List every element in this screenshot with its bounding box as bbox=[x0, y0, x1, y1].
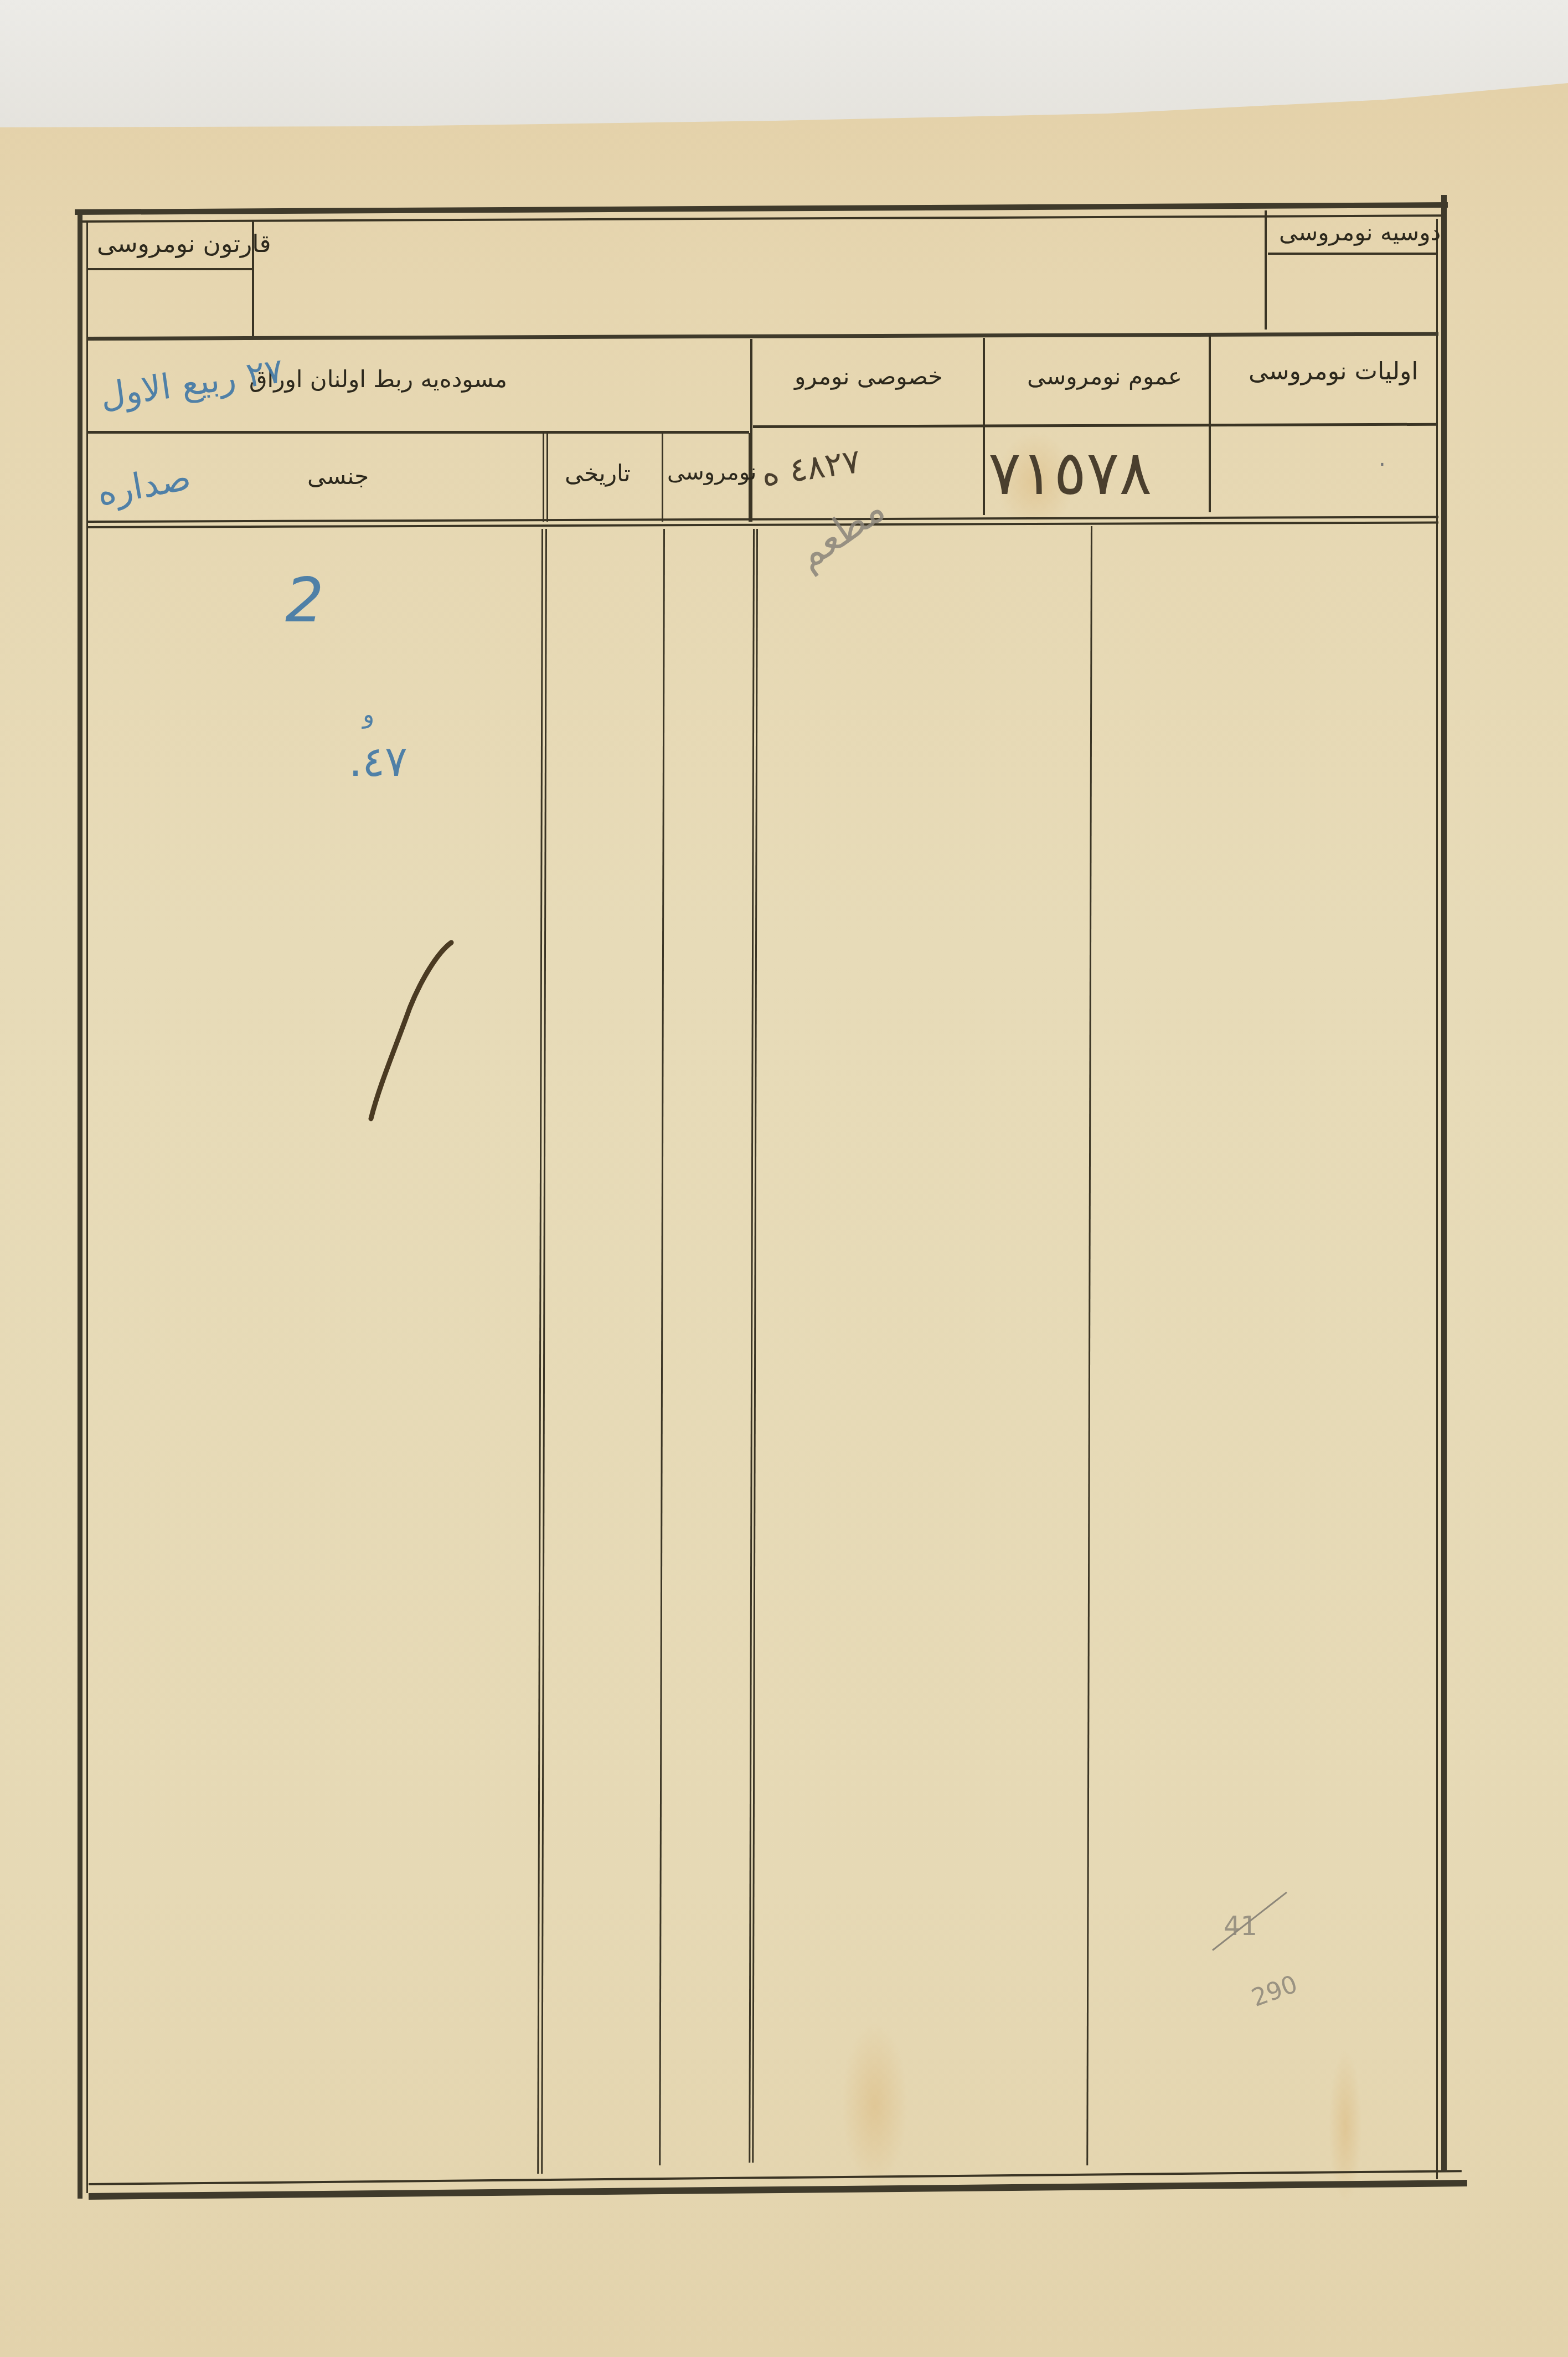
number-column-label: نومروسی bbox=[667, 460, 756, 485]
carton-number-field[interactable] bbox=[91, 272, 249, 334]
general-number-value[interactable]: ٧١٥٧٨ bbox=[988, 438, 1152, 508]
pencil-fraction-bottom: 290 bbox=[1248, 1970, 1301, 2013]
carton-number-label: قارتون نومروسی bbox=[97, 230, 271, 258]
frame-left-outer bbox=[78, 210, 82, 2199]
carton-box-divider bbox=[87, 268, 254, 270]
frame-right-outer bbox=[1441, 195, 1447, 2172]
frame-right-inner bbox=[1436, 219, 1438, 2179]
attached-label-bottom-rule bbox=[87, 431, 749, 434]
blue-fraction-superscript: و bbox=[363, 701, 374, 729]
blue-numeral: 2 bbox=[285, 565, 324, 636]
ink-stroke bbox=[354, 936, 465, 1124]
col-divider-type-date-a bbox=[543, 433, 544, 522]
col-divider-date-number bbox=[662, 433, 663, 522]
dossier-box-divider bbox=[1268, 253, 1437, 255]
general-number-label: عموم نومروسی bbox=[1027, 363, 1182, 390]
stain bbox=[842, 2021, 908, 2188]
type-column-label: جنسی bbox=[307, 462, 369, 490]
pencil-fraction: 41 290 bbox=[1207, 1905, 1329, 2027]
col-divider-type-date-b bbox=[546, 433, 548, 522]
dossier-number-label: دوسیه نومروسی bbox=[1279, 219, 1441, 246]
attached-papers-label: مسوده‌یه ربط اولنان اوراق bbox=[249, 366, 507, 393]
dossier-number-field[interactable] bbox=[1271, 258, 1434, 327]
special-number-label: خصوصی نومرو bbox=[795, 363, 942, 390]
paper-sheet bbox=[0, 0, 1568, 2357]
initial-number-label: اولیات نومروسی bbox=[1249, 357, 1419, 385]
initial-number-value[interactable]: . bbox=[1379, 446, 1386, 471]
date-column-label: تاریخی bbox=[565, 460, 631, 487]
numbers-divider-1 bbox=[750, 339, 752, 522]
blue-fraction: ٤٧. bbox=[349, 737, 408, 786]
dossier-box-left bbox=[1265, 210, 1267, 330]
frame-left-inner bbox=[86, 222, 88, 2193]
